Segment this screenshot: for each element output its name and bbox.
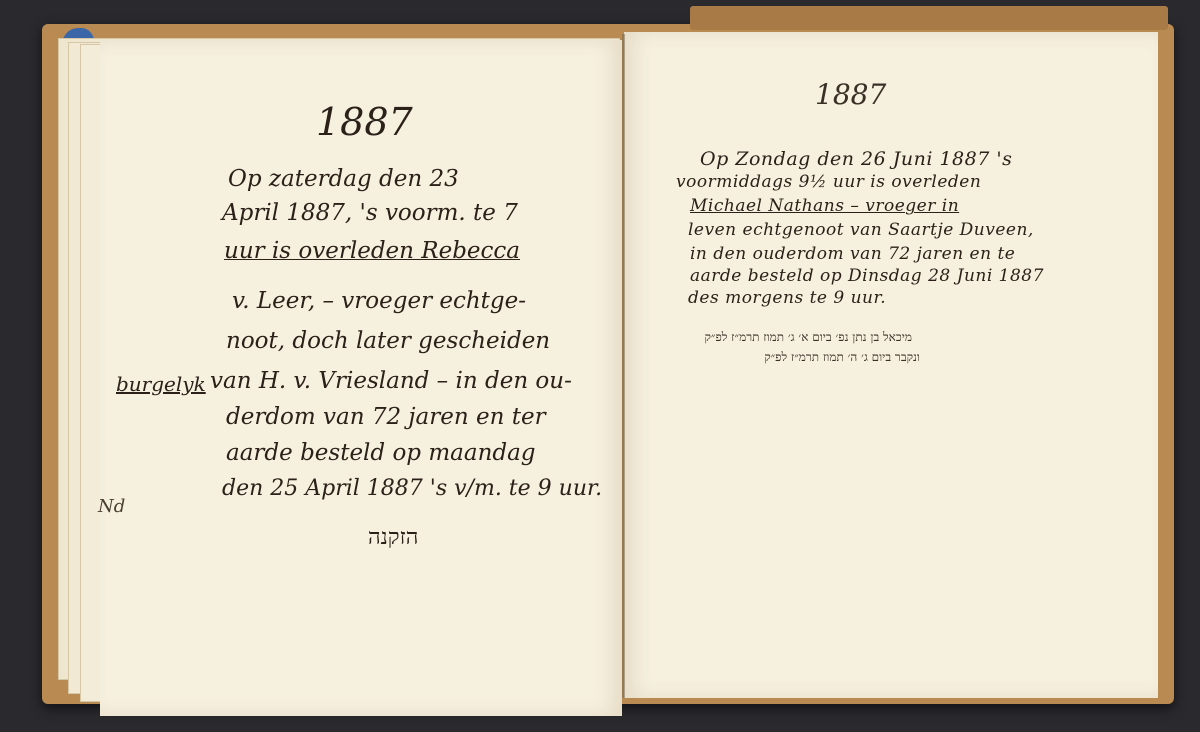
left-line-9: den 25 April 1887 's v/m. te 9 uur. — [222, 476, 602, 501]
left-line-4: v. Leer, – vroeger echtge- — [232, 288, 526, 314]
hebrew-line-1: מיכאל בן נתן נפ׳ ביום א׳ ג׳ תמוז תרמ״ז ל… — [602, 330, 912, 345]
right-line-2: voormiddags 9½ uur is overleden — [676, 172, 981, 192]
margin-note: burgelyk — [116, 372, 206, 396]
right-line-5: in den ouderdom van 72 jaren en te — [690, 244, 1015, 264]
book-cover-top-edge — [690, 6, 1168, 30]
left-line-8: aarde besteld op maandag — [226, 440, 536, 466]
edge-fragment-text: Nd — [98, 496, 125, 517]
left-line-3: uur is overleden Rebecca — [224, 238, 520, 264]
hebrew-word: הזקנה — [368, 524, 418, 550]
right-line-7: des morgens te 9 uur. — [688, 288, 886, 308]
left-line-7: derdom van 72 jaren en ter — [226, 404, 546, 430]
right-line-6: aarde besteld op Dinsdag 28 Juni 1887 — [690, 266, 1044, 286]
left-line-5: noot, doch later gescheiden — [226, 328, 550, 354]
left-line-2: April 1887, 's voorm. te 7 — [222, 200, 518, 226]
left-page-year: 1887 — [316, 100, 413, 144]
right-line-1: Op Zondag den 26 Juni 1887 's — [700, 148, 1012, 170]
right-line-4: leven echtgenoot van Saartje Duveen, — [688, 220, 1034, 240]
right-page — [624, 32, 1158, 698]
right-line-3: Michael Nathans – vroeger in — [690, 196, 959, 216]
right-page-year: 1887 — [815, 78, 886, 111]
book-gutter — [622, 34, 625, 698]
hebrew-line-2: ונקבר ביום ג׳ ה׳ תמוז תרמ״ז לפ״ק — [660, 350, 920, 365]
left-line-1: Op zaterdag den 23 — [228, 166, 459, 192]
left-line-6: van H. v. Vriesland – in den ou- — [210, 368, 572, 394]
